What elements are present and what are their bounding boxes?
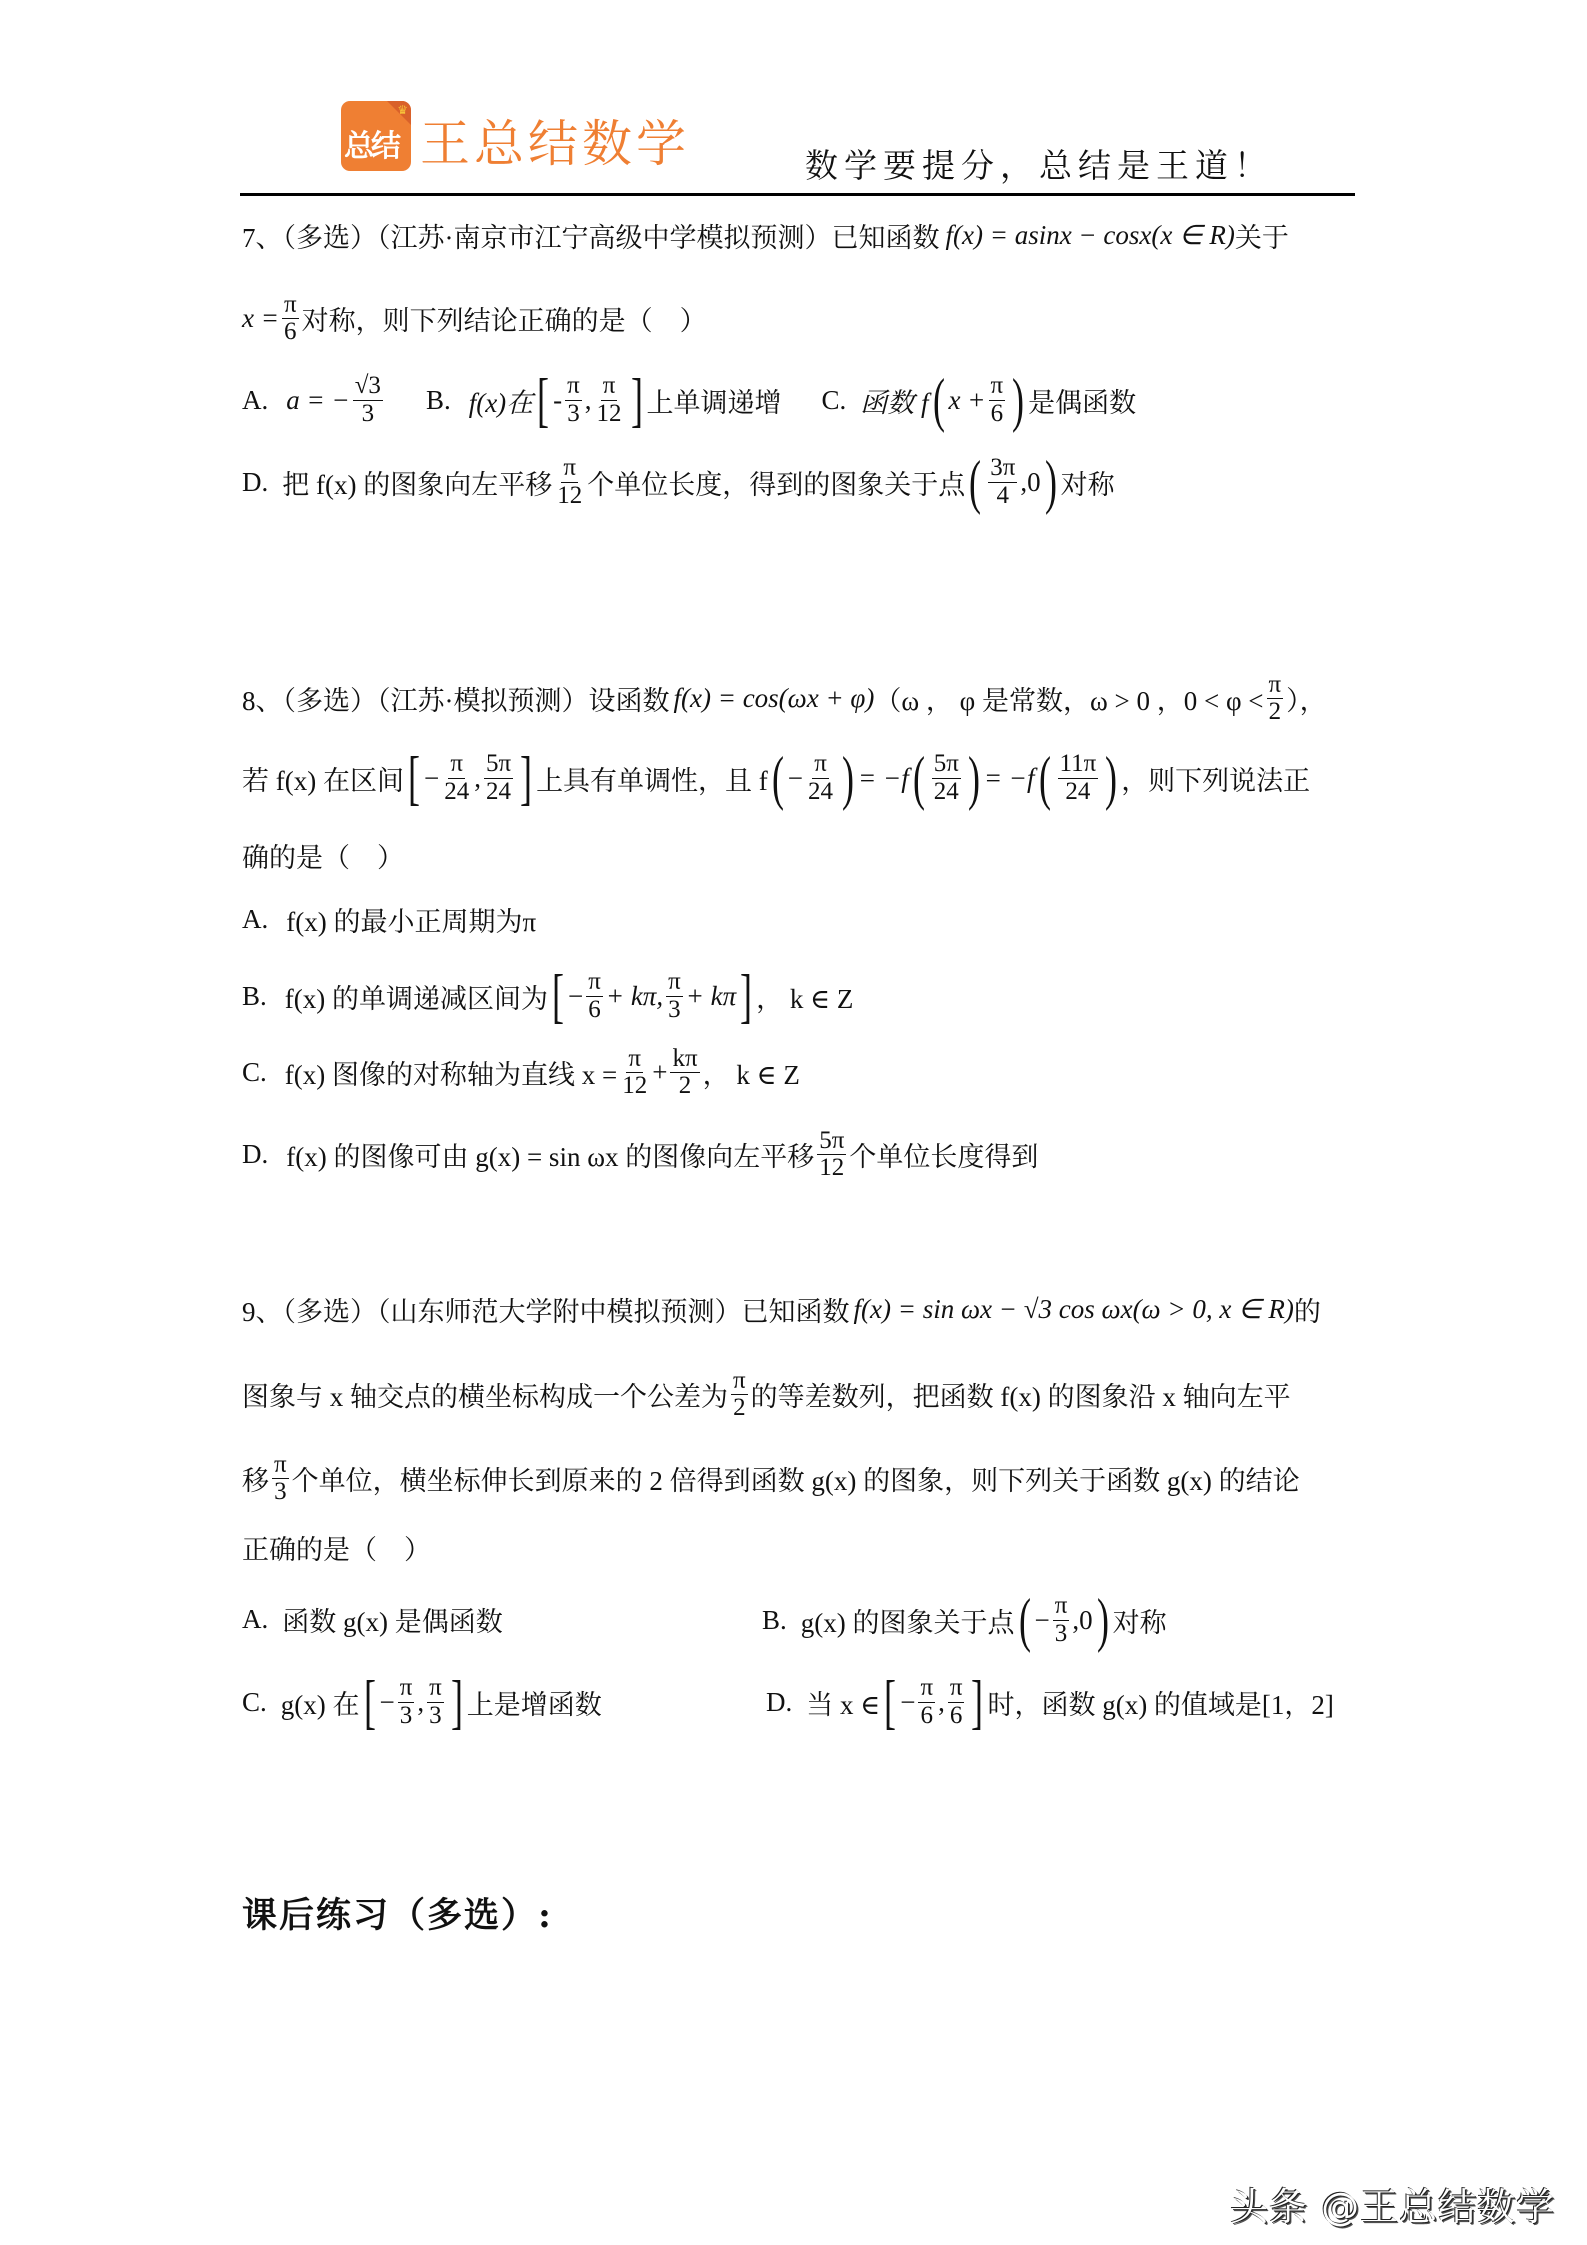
frac-num: π bbox=[586, 969, 603, 996]
frac: π3 bbox=[272, 1452, 289, 1506]
q7-stem-end: 关于 bbox=[1235, 216, 1289, 255]
q9-stem-text: 9、（多选）（山东师范大学附中模拟预测）已知函数 bbox=[242, 1290, 850, 1329]
bracket-right: ] bbox=[520, 748, 532, 808]
q9-stem-line2: 图象与 x 轴交点的横坐标构成一个公差为 π2 的等差数列，把函数 f(x) 的… bbox=[242, 1368, 1291, 1422]
bracket-right: ] bbox=[631, 370, 643, 430]
frac: π3 bbox=[1053, 1593, 1070, 1647]
q9-option-a: A. 函数 g(x) 是偶函数 bbox=[242, 1600, 503, 1639]
bracket-left: [ bbox=[537, 370, 549, 430]
q8-option-d-post: 个单位长度得到 bbox=[849, 1135, 1038, 1174]
bracket-right: ] bbox=[451, 1672, 463, 1732]
frac-num: π bbox=[1053, 1593, 1070, 1620]
frac-den: 12 bbox=[555, 483, 584, 509]
frac-den: 4 bbox=[995, 483, 1012, 509]
bracket-right: ] bbox=[740, 966, 752, 1026]
frac-num: kπ bbox=[670, 1046, 699, 1073]
q9-stem-line1: 9、（多选）（山东师范大学附中模拟预测）已知函数 f(x) = sin ωx −… bbox=[242, 1290, 1321, 1329]
frac-den: 3 bbox=[398, 1703, 415, 1729]
q8-stem-end: ，则下列说法正 bbox=[1121, 759, 1310, 798]
q7-option-c-post: 是偶函数 bbox=[1028, 381, 1136, 420]
paren-left: ( bbox=[969, 452, 981, 512]
q7-option-a-label: A. bbox=[242, 385, 268, 416]
q8-option-a-label: A. bbox=[242, 904, 268, 935]
paren-right: ) bbox=[1105, 748, 1117, 808]
frac: π2 bbox=[731, 1368, 748, 1422]
q9-function: f(x) = sin ωx − √3 cos ωx(ω > 0, x ∈ R) bbox=[854, 1294, 1294, 1325]
frac-num: 5π bbox=[484, 751, 513, 778]
bracket-right: ] bbox=[971, 1672, 983, 1732]
q8-stem-line2: 若 f(x) 在区间 [− π24, 5π24 ] 上具有单调性，且 f (− … bbox=[242, 748, 1310, 808]
frac-num: π bbox=[272, 1452, 289, 1479]
frac: π6 bbox=[989, 373, 1006, 427]
paren-left: ( bbox=[913, 748, 925, 808]
slogan: 数学要提分，总结是王道！ bbox=[805, 140, 1273, 187]
q7-stem-line1: 7、（多选）（江苏·南京市江宁高级中学模拟预测）已知函数 f(x) = asin… bbox=[242, 216, 1289, 255]
q8-option-c-label: C. bbox=[242, 1057, 267, 1088]
frac-den: 24 bbox=[806, 779, 835, 805]
frac: π12 bbox=[555, 455, 584, 509]
frac: π3 bbox=[666, 969, 683, 1023]
frac-num: 11π bbox=[1058, 751, 1099, 778]
q9-option-d-text: 当 x ∈ bbox=[806, 1683, 880, 1722]
frac-den: 12 bbox=[595, 401, 624, 427]
section-heading: 课后练习（多选）: bbox=[242, 1888, 553, 1938]
bracket-left: [ bbox=[884, 1672, 896, 1732]
frac-num: π bbox=[626, 1046, 643, 1073]
q7-function: f(x) = asinx − cosx(x ∈ R) bbox=[946, 220, 1235, 251]
q7-option-c-label: C. bbox=[822, 385, 847, 416]
q9-option-b-post: 对称 bbox=[1113, 1601, 1167, 1640]
frac-den: 6 bbox=[989, 401, 1006, 427]
frac: π2 bbox=[1267, 672, 1284, 726]
frac: 5π12 bbox=[817, 1128, 846, 1182]
q7-option-d-mid: 个单位长度，得到的图象关于点 bbox=[587, 463, 965, 502]
frac: 5π24 bbox=[932, 751, 961, 805]
frac-den: 24 bbox=[442, 779, 471, 805]
paren-left: ( bbox=[772, 748, 784, 808]
q7-x-eq: x = bbox=[242, 303, 279, 334]
frac: kπ2 bbox=[670, 1046, 699, 1100]
frac: π6 bbox=[918, 1675, 935, 1729]
frac-den: 6 bbox=[282, 319, 299, 345]
q8-option-a: A. f(x) 的最小正周期为π bbox=[242, 900, 536, 939]
frac-num: π bbox=[918, 1675, 935, 1702]
q8-option-d-label: D. bbox=[242, 1139, 268, 1170]
q8-condition: （ω ， φ 是常数，ω > 0 ，0 < φ < bbox=[874, 679, 1263, 718]
q9-stem-end: 的 bbox=[1294, 1290, 1321, 1329]
frac-den: 6 bbox=[919, 1703, 936, 1729]
q7-option-b-text: f(x)在 bbox=[469, 381, 533, 420]
frac: 3π4 bbox=[988, 455, 1017, 509]
q9-option-b: B. g(x) 的图象关于点 (− π3 ,0 ) 对称 bbox=[762, 1590, 1167, 1650]
frac-num: π bbox=[1267, 672, 1284, 699]
q9-stem-text4: 正确的是（ ） bbox=[242, 1528, 431, 1567]
frac: π12 bbox=[620, 1046, 649, 1100]
frac-num: π bbox=[601, 373, 618, 400]
frac-den: 2 bbox=[1267, 699, 1284, 725]
q7-option-b-post: 上单调递增 bbox=[647, 381, 782, 420]
frac: π3 bbox=[427, 1675, 444, 1729]
q8-option-d: D. f(x) 的图像可由 g(x) = sin ωx 的图像向左平移 5π12… bbox=[242, 1128, 1038, 1182]
frac-num: 5π bbox=[817, 1128, 846, 1155]
point-tail: ,0 bbox=[1072, 1605, 1092, 1636]
q8-option-c-text: f(x) 图像的对称轴为直线 x = bbox=[285, 1053, 617, 1092]
q9-option-b-text: g(x) 的图象关于点 bbox=[801, 1601, 1015, 1640]
q7-stem-line2: x = π6 对称，则下列结论正确的是（ ） bbox=[242, 292, 707, 346]
q8-function: f(x) = cos(ωx + φ) bbox=[674, 683, 875, 714]
q8-stem-text3: 确的是（ ） bbox=[242, 836, 404, 875]
q7-options-row1: A. a = − √33 B. f(x)在 [ - π3, π12 ] 上单调递… bbox=[242, 370, 1136, 430]
logo-badge: ♛ 总结 bbox=[341, 101, 411, 171]
paren-left: ( bbox=[1039, 748, 1051, 808]
header-divider bbox=[240, 193, 1355, 196]
q9-option-c-label: C. bbox=[242, 1687, 267, 1718]
frac-num: π bbox=[282, 292, 299, 319]
frac-num: π bbox=[812, 751, 829, 778]
frac: π3 bbox=[398, 1675, 415, 1729]
q9-stem-end2: 的等差数列，把函数 f(x) 的图象沿 x 轴向左平 bbox=[751, 1375, 1291, 1414]
frac-den: 2 bbox=[677, 1073, 694, 1099]
frac-den: 3 bbox=[360, 401, 377, 427]
q7-option-b-label: B. bbox=[426, 385, 451, 416]
bracket-left: [ bbox=[408, 748, 420, 808]
frac-num: 3π bbox=[988, 455, 1017, 482]
frac-den: 24 bbox=[484, 779, 513, 805]
frac-den: 12 bbox=[620, 1073, 649, 1099]
paren-right: ) bbox=[1045, 452, 1057, 512]
bracket-left: [ bbox=[363, 1672, 375, 1732]
paren-right: ) bbox=[1097, 1590, 1109, 1650]
paren-left: ( bbox=[1018, 1590, 1030, 1650]
q9-option-a-label: A. bbox=[242, 1604, 268, 1635]
frac: π12 bbox=[595, 373, 624, 427]
q9-stem-line4: 正确的是（ ） bbox=[242, 1528, 431, 1567]
frac: 5π24 bbox=[484, 751, 513, 805]
q8-option-c-post: ， k ∈ Z bbox=[703, 1053, 800, 1092]
q9-option-d-label: D. bbox=[766, 1687, 792, 1718]
bracket-left: [ bbox=[552, 966, 564, 1026]
frac-den: 24 bbox=[1063, 779, 1092, 805]
q7-fraction: π6 bbox=[282, 292, 299, 346]
frac-den: 3 bbox=[565, 401, 582, 427]
q8-option-b-post: ， k ∈ Z bbox=[756, 977, 853, 1016]
q7-option-d-text: 把 f(x) 的图象向左平移 bbox=[282, 463, 552, 502]
frac: π6 bbox=[586, 969, 603, 1023]
q8-stem-line1: 8、（多选）（江苏·模拟预测）设函数 f(x) = cos(ωx + φ) （ω… bbox=[242, 672, 1327, 726]
q9-option-d: D. 当 x ∈ [− π6, π6 ] 时，函数 g(x) 的值域是[1，2] bbox=[766, 1672, 1334, 1732]
paren-right: ) bbox=[1012, 370, 1024, 430]
q9-option-b-label: B. bbox=[762, 1605, 787, 1636]
q7-stem-text: 7、（多选）（江苏·南京市江宁高级中学模拟预测）已知函数 bbox=[242, 216, 940, 255]
frac-den: 12 bbox=[817, 1155, 846, 1181]
q8-option-a-text: f(x) 的最小正周期为π bbox=[286, 900, 536, 939]
frac-num: π bbox=[948, 1675, 965, 1702]
frac: π6 bbox=[948, 1675, 965, 1729]
frac-den: 3 bbox=[666, 997, 683, 1023]
brand-name: 王总结数学 bbox=[420, 104, 690, 176]
frac-num: π bbox=[666, 969, 683, 996]
q8-option-b-label: B. bbox=[242, 981, 267, 1012]
q8-option-d-text: f(x) 的图像可由 g(x) = sin ωx 的图像向左平移 bbox=[286, 1135, 814, 1174]
q8-option-b: B. f(x) 的单调递减区间为 [− π6 + kπ, π3 + kπ ] ，… bbox=[242, 966, 853, 1026]
frac: π24 bbox=[806, 751, 835, 805]
frac-num: π bbox=[989, 373, 1006, 400]
q7-option-a-frac: √33 bbox=[353, 373, 383, 427]
frac-num: π bbox=[731, 1368, 748, 1395]
frac-num: √3 bbox=[353, 373, 383, 400]
q9-option-c-post: 上是增函数 bbox=[467, 1683, 602, 1722]
q9-stem-line3: 移 π3 个单位，横坐标伸长到原来的 2 倍得到函数 g(x) 的图象，则下列关… bbox=[242, 1452, 1300, 1506]
q8-option-b-text: f(x) 的单调递减区间为 bbox=[285, 977, 548, 1016]
q9-option-d-post: 时，函数 g(x) 的值域是[1，2] bbox=[987, 1683, 1333, 1722]
frac-den: 3 bbox=[427, 1703, 444, 1729]
frac-num: π bbox=[561, 455, 578, 482]
q9-stem-end3: 个单位，横坐标伸长到原来的 2 倍得到函数 g(x) 的图象，则下列关于函数 g… bbox=[292, 1459, 1300, 1498]
frac-num: π bbox=[398, 1675, 415, 1702]
q8-option-c: C. f(x) 图像的对称轴为直线 x = π12+ kπ2 ， k ∈ Z bbox=[242, 1046, 800, 1100]
frac-den: 2 bbox=[731, 1395, 748, 1421]
q9-option-c: C. g(x) 在 [− π3, π3 ] 上是增函数 bbox=[242, 1672, 602, 1732]
frac-num: π bbox=[448, 751, 465, 778]
frac: π24 bbox=[442, 751, 471, 805]
logo-text: 总结 bbox=[344, 121, 398, 165]
frac-num: π bbox=[427, 1675, 444, 1702]
q8-stem-text: 8、（多选）（江苏·模拟预测）设函数 bbox=[242, 679, 670, 718]
paren-right: ) bbox=[842, 748, 854, 808]
frac-num: 5π bbox=[932, 751, 961, 778]
paren-left: ( bbox=[933, 370, 945, 430]
q8-condition-end: ）， bbox=[1286, 679, 1327, 718]
q8-stem-mid: 上具有单调性，且 f bbox=[536, 759, 768, 798]
q7-option-a-text: a = − bbox=[286, 385, 349, 416]
q9-option-c-text: g(x) 在 bbox=[281, 1683, 360, 1722]
point-tail: ,0 bbox=[1020, 467, 1040, 498]
frac-den: 6 bbox=[948, 1703, 965, 1729]
q7-option-d-label: D. bbox=[242, 467, 268, 498]
q7-option-c-inner: x + bbox=[949, 385, 986, 416]
crown-icon: ♛ bbox=[397, 103, 408, 117]
q8-stem-pre: 若 f(x) 在区间 bbox=[242, 759, 404, 798]
frac-num: π bbox=[565, 373, 582, 400]
q9-option-a-text: 函数 g(x) 是偶函数 bbox=[282, 1600, 502, 1639]
q7-option-d-post: 对称 bbox=[1061, 463, 1115, 502]
q7-option-c-text: 函数 f bbox=[860, 381, 928, 420]
frac-den: 6 bbox=[586, 997, 603, 1023]
frac-den: 3 bbox=[272, 1479, 289, 1505]
frac: 11π24 bbox=[1058, 751, 1099, 805]
frac-den: 3 bbox=[1053, 1621, 1070, 1647]
q7-option-d: D. 把 f(x) 的图象向左平移 π12 个单位长度，得到的图象关于点 ( 3… bbox=[242, 452, 1115, 512]
watermark: 头条 @王总结数学 bbox=[1230, 2176, 1555, 2231]
q9-stem-pre3: 移 bbox=[242, 1459, 269, 1498]
q8-stem-line3: 确的是（ ） bbox=[242, 836, 404, 875]
q7-stem-end2: 对称，则下列结论正确的是（ ） bbox=[302, 299, 707, 338]
paren-right: ) bbox=[968, 748, 980, 808]
frac: π3 bbox=[565, 373, 582, 427]
frac-den: 24 bbox=[932, 779, 961, 805]
q9-stem-pre2: 图象与 x 轴交点的横坐标构成一个公差为 bbox=[242, 1375, 728, 1414]
